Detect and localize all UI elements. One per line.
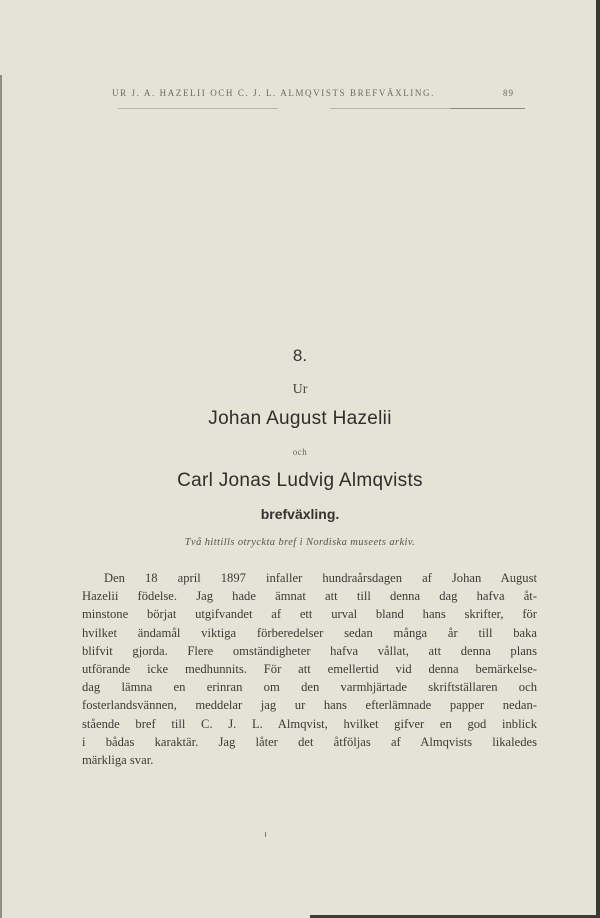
body-line: i bådas karaktär. Jag låter det åtföljas… [82, 733, 537, 751]
header-rule [330, 108, 460, 109]
header-rule [450, 108, 525, 109]
heading-name-hazelius: Johan August Hazelii [0, 408, 600, 430]
heading-subtitle: Två hittills otryckta bref i Nordiska mu… [0, 537, 600, 548]
body-paragraph: Den 18 april 1897 infaller hundraårsdage… [82, 569, 537, 769]
page-number: 89 [503, 88, 514, 98]
body-line: blifvit gjorda. Flere omständigheter haf… [82, 642, 537, 660]
heading-och: och [0, 447, 600, 457]
body-line: fosterlandsvännen, meddelar jag ur hans … [82, 696, 537, 714]
page-edge-right [596, 0, 600, 918]
running-head-title: UR J. A. HAZELII OCH C. J. L. ALMQVISTS … [112, 88, 512, 98]
header-rule [118, 108, 278, 109]
body-line: dag lämna en erinran om den varmhjärtade… [82, 678, 537, 696]
section-number: 8. [0, 346, 600, 366]
page-edge-left [0, 75, 2, 918]
body-line: Hazelii födelse. Jag hade ämnat att till… [82, 587, 537, 605]
heading-ur: Ur [0, 382, 600, 398]
body-line: stående bref till C. J. L. Almqvist, hvi… [82, 715, 537, 733]
body-line: utförande icke medhunnits. För att emell… [82, 660, 537, 678]
document-page: UR J. A. HAZELII OCH C. J. L. ALMQVISTS … [0, 0, 600, 918]
body-line: minstone börjat utgifvandet af ett urval… [82, 605, 537, 623]
heading-name-almqvist: Carl Jonas Ludvig Almqvists [0, 470, 600, 492]
body-line: hvilket ändamål viktiga förberedelser se… [82, 624, 537, 642]
paper-speck [265, 832, 266, 837]
body-line: Den 18 april 1897 infaller hundraårsdage… [82, 569, 537, 587]
body-line: märkliga svar. [82, 751, 537, 769]
heading-brefvaxling: brefväxling. [0, 506, 600, 522]
